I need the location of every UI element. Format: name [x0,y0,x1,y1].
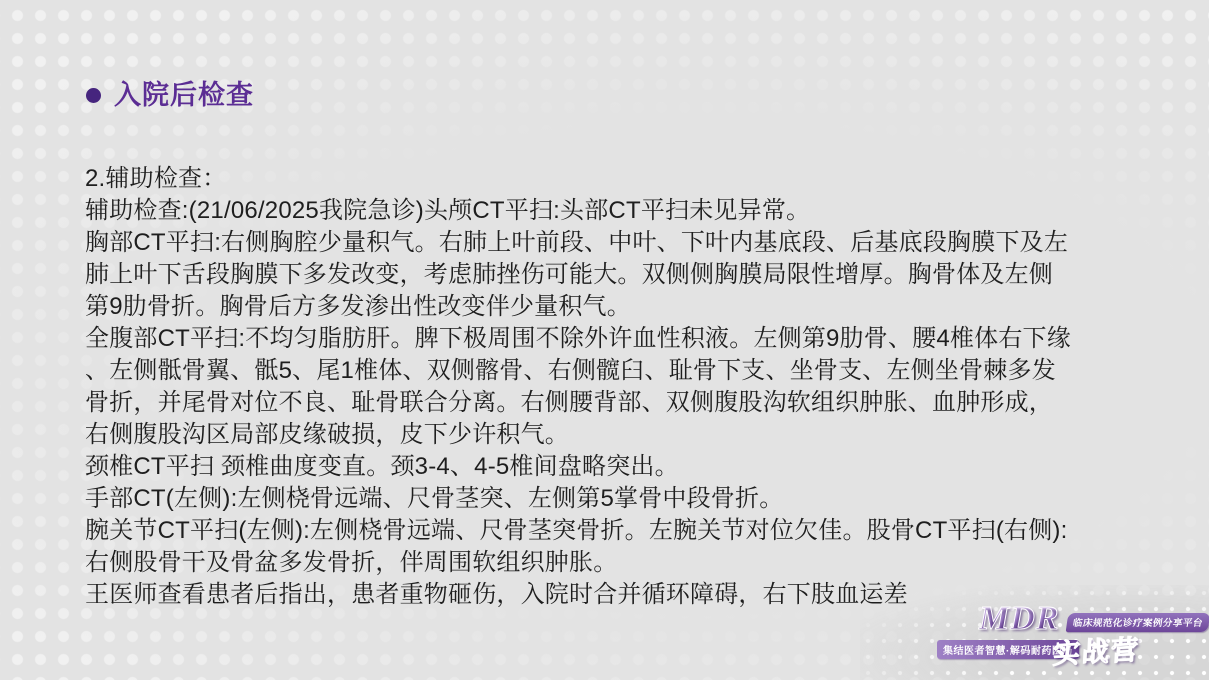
body-line-5: 第9肋骨折。胸骨后方多发渗出性改变伴少量积气。 [85,291,1125,323]
body-line-1: 2.辅助检查： [85,163,1125,195]
mdr-logo: MDR 临床规范化诊疗案例分享平台 集结医者智慧·解码耐药困局 实战营 [915,604,1203,676]
body-line-10: 颈椎CT平扫 颈椎曲度变直。颈3-4、4-5椎间盘略突出。 [85,451,1125,483]
body-line-7: 、左侧骶骨翼、骶5、尾1椎体、双侧髂骨、右侧髋臼、耻骨下支、坐骨支、左侧坐骨棘多… [85,355,1125,387]
body-line-2: 辅助检查:(21/06/2025我院急诊)头颅CT平扫:头部CT平扫未见异常。 [85,195,1125,227]
bullet-icon [86,88,101,103]
logo-mdr-text: MDR [979,604,1059,634]
logo-camp-text: 实战营 [1052,628,1141,672]
body-line-8: 骨折，并尾骨对位不良、耻骨联合分离。右侧腰背部、双侧腹股沟软组织肿胀、血肿形成， [85,387,1125,419]
body-line-3: 胸部CT平扫:右侧胸腔少量积气。右肺上叶前段、中叶、下叶内基底段、后基底段胸膜下… [85,227,1125,259]
body-line-12: 腕关节CT平扫(左侧):左侧桡骨远端、尺骨茎突骨折。左腕关节对位欠佳。股骨CT平… [85,515,1125,547]
body-line-13: 右侧股骨干及骨盆多发骨折，伴周围软组织肿胀。 [85,547,1125,579]
slide-title-row: 入院后检查 [86,82,254,109]
body-text: 2.辅助检查： 辅助检查:(21/06/2025我院急诊)头颅CT平扫:头部CT… [85,163,1125,611]
body-line-11: 手部CT(左侧):左侧桡骨远端、尺骨茎突、左侧第5掌骨中段骨折。 [85,483,1125,515]
body-line-9: 右侧腹股沟区局部皮缘破损，皮下少许积气。 [85,419,1125,451]
body-line-4: 肺上叶下舌段胸膜下多发改变，考虑肺挫伤可能大。双侧侧胸膜局限性增厚。胸骨体及左侧 [85,259,1125,291]
body-line-6: 全腹部CT平扫:不均匀脂肪肝。脾下极周围不除外许血性积液。左侧第9肋骨、腰4椎体… [85,323,1125,355]
slide-canvas: 入院后检查 2.辅助检查： 辅助检查:(21/06/2025我院急诊)头颅CT平… [0,0,1209,680]
page-title: 入院后检查 [114,82,254,109]
